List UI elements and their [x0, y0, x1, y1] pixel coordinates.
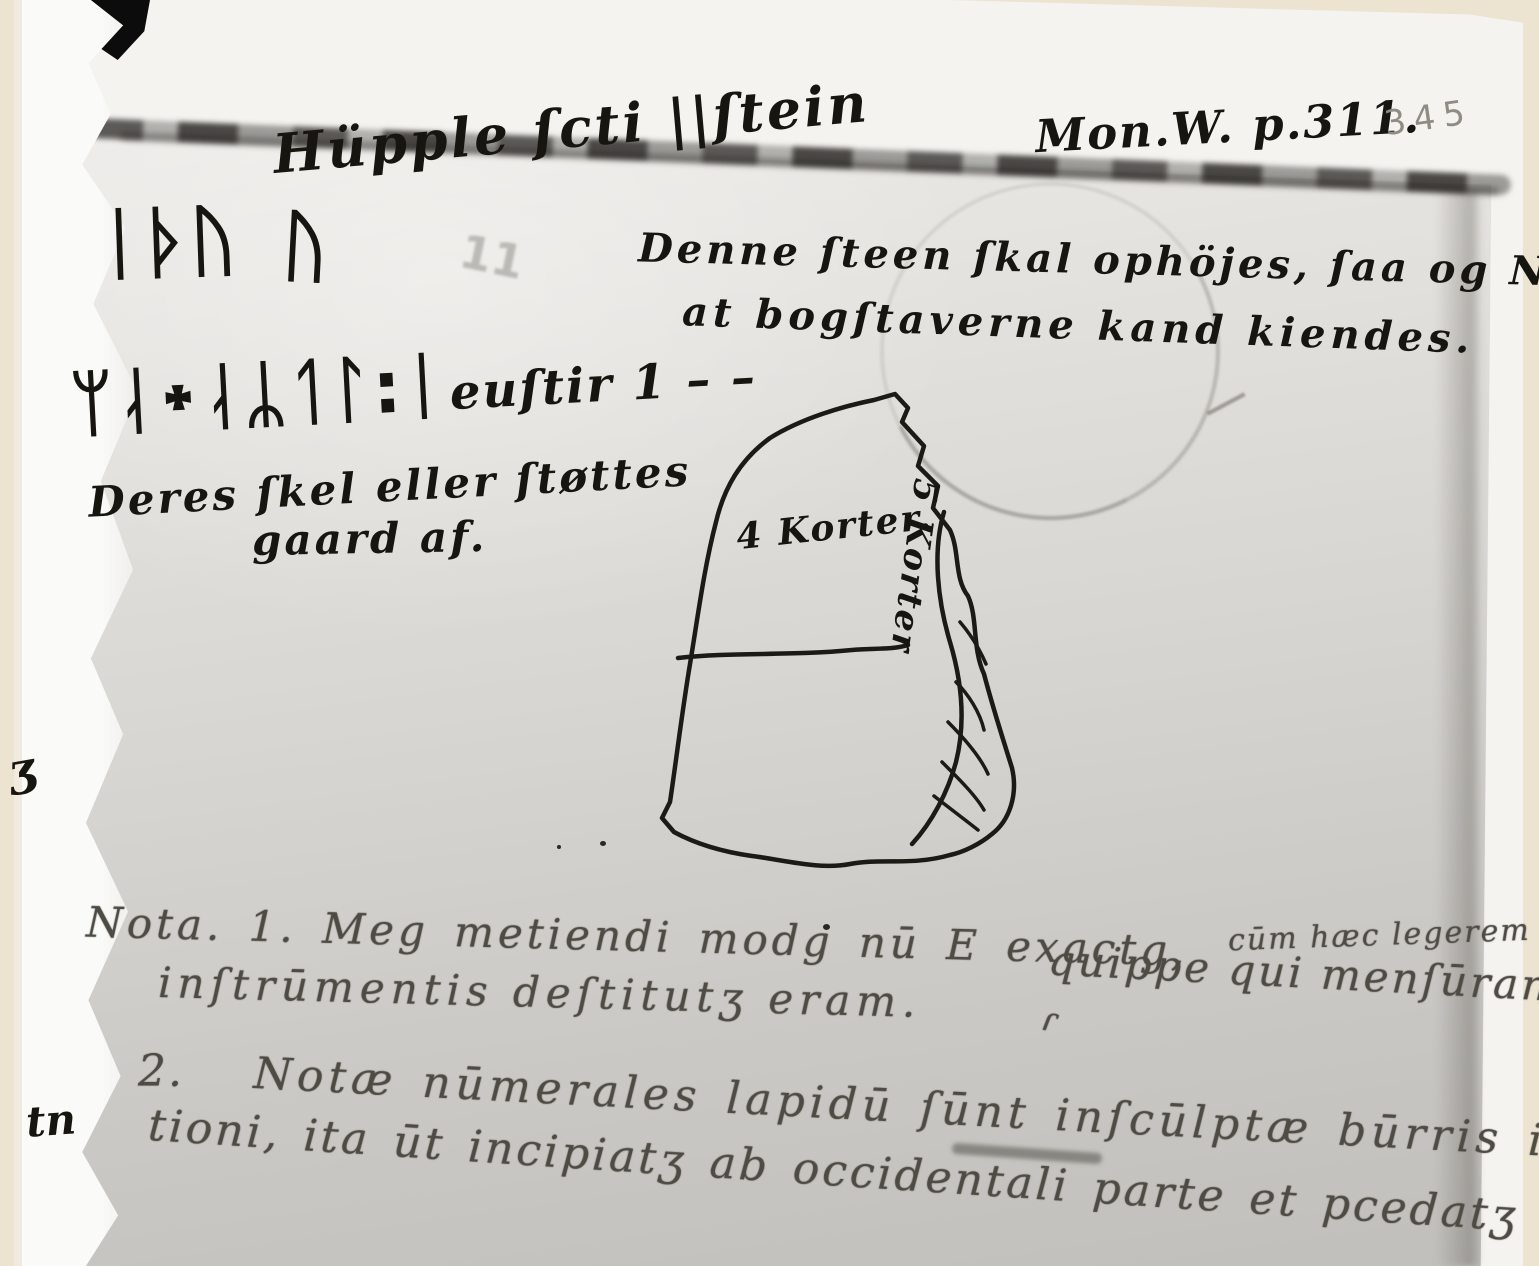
manuscript-photo-page: 11 Hüpple ſcti ||ſtein Mon.W. p.311. 345… — [0, 0, 1539, 1266]
stone-outline — [662, 394, 1014, 866]
rune-single: ᚢ — [280, 201, 331, 293]
danish-left-line2: gaard af. — [252, 512, 488, 565]
ink-speck — [557, 845, 561, 849]
rune-group-small: ᛁᚦᚢ — [94, 196, 237, 291]
stone-midline — [678, 645, 908, 658]
ink-speck — [600, 841, 606, 846]
nota2-number: 2. — [138, 1046, 184, 1097]
runestone-sketch — [612, 382, 1042, 882]
margin-mark-lower: tn — [24, 1094, 77, 1146]
